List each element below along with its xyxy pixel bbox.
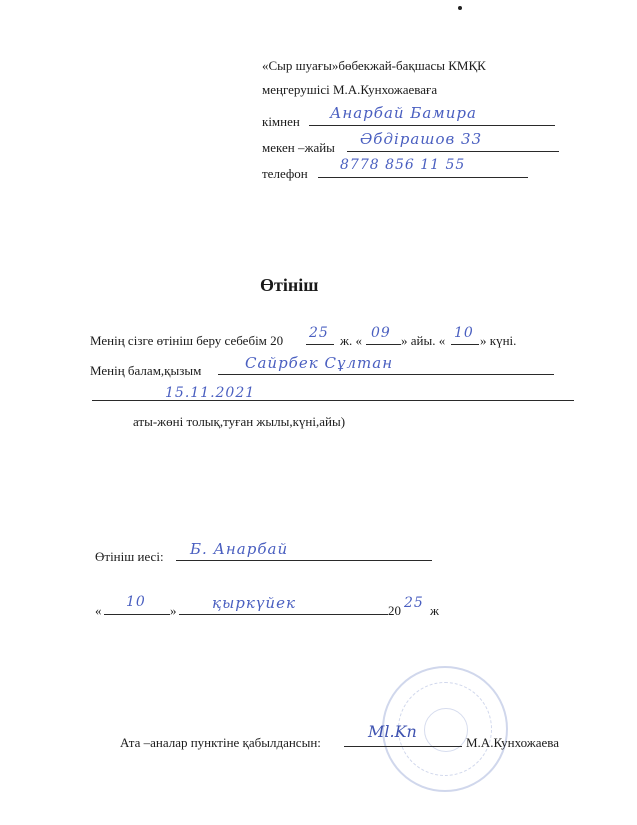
child-hint: аты-жөні толық,туған жылы,күні,айы) xyxy=(133,414,345,430)
address-underline xyxy=(347,151,559,152)
month-value[interactable]: 09 xyxy=(371,325,391,341)
date-year-suffix: ж xyxy=(430,603,439,619)
phone-underline xyxy=(318,177,528,178)
header-org: «Сыр шуағы»бөбекжай-бақшасы КМҚК xyxy=(262,58,486,74)
date-year-value[interactable]: 25 xyxy=(404,595,424,611)
date-day-underline xyxy=(104,614,170,615)
month-suffix: » айы. « xyxy=(401,333,445,349)
from-underline xyxy=(309,125,555,126)
applicant-underline xyxy=(176,560,432,561)
document-title: Өтініш xyxy=(260,275,318,296)
month-underline xyxy=(366,344,401,345)
reason-prefix: Менің сізге өтініш беру себебім 20 xyxy=(90,333,283,349)
day-value[interactable]: 10 xyxy=(454,325,474,341)
child-name[interactable]: Сайрбек Сұлтан xyxy=(245,354,393,372)
child-birth[interactable]: 15.11.2021 xyxy=(165,385,255,401)
acceptance-label: Ата –аналар пунктіне қабылдансын: xyxy=(120,735,321,751)
date-day[interactable]: 10 xyxy=(126,594,146,610)
day-underline xyxy=(451,344,479,345)
day-suffix: » күні. xyxy=(480,333,516,349)
address-value[interactable]: Әбдірашов 33 xyxy=(360,130,482,148)
year-value[interactable]: 25 xyxy=(309,325,329,341)
date-month[interactable]: қыркүйек xyxy=(212,594,296,612)
acceptance-signature[interactable]: Ml.Kn xyxy=(368,722,417,741)
acceptance-name: М.А.Кунхожаева xyxy=(466,735,559,751)
scan-dot xyxy=(458,6,462,10)
applicant-signature[interactable]: Б. Анарбай xyxy=(190,540,288,558)
acceptance-underline xyxy=(344,746,462,747)
child-label: Менің балам,қызым xyxy=(90,363,201,379)
date-open-quote: « xyxy=(95,603,102,619)
from-value[interactable]: Анарбай Бамира xyxy=(330,104,477,122)
phone-value[interactable]: 8778 856 11 55 xyxy=(340,157,465,173)
date-month-underline xyxy=(179,614,388,615)
address-label: мекен –жайы xyxy=(262,140,335,156)
year-underline xyxy=(306,344,334,345)
phone-label: телефон xyxy=(262,166,308,182)
date-year-prefix: 20 xyxy=(388,603,401,619)
applicant-label: Өтініш иесі: xyxy=(95,549,164,565)
date-close-quote: » xyxy=(170,603,177,619)
child-name-underline xyxy=(218,374,554,375)
year-suffix: ж. « xyxy=(340,333,362,349)
header-recipient: меңгерушісі М.А.Кунхожаеваға xyxy=(262,82,437,98)
from-label: кімнен xyxy=(262,114,300,130)
